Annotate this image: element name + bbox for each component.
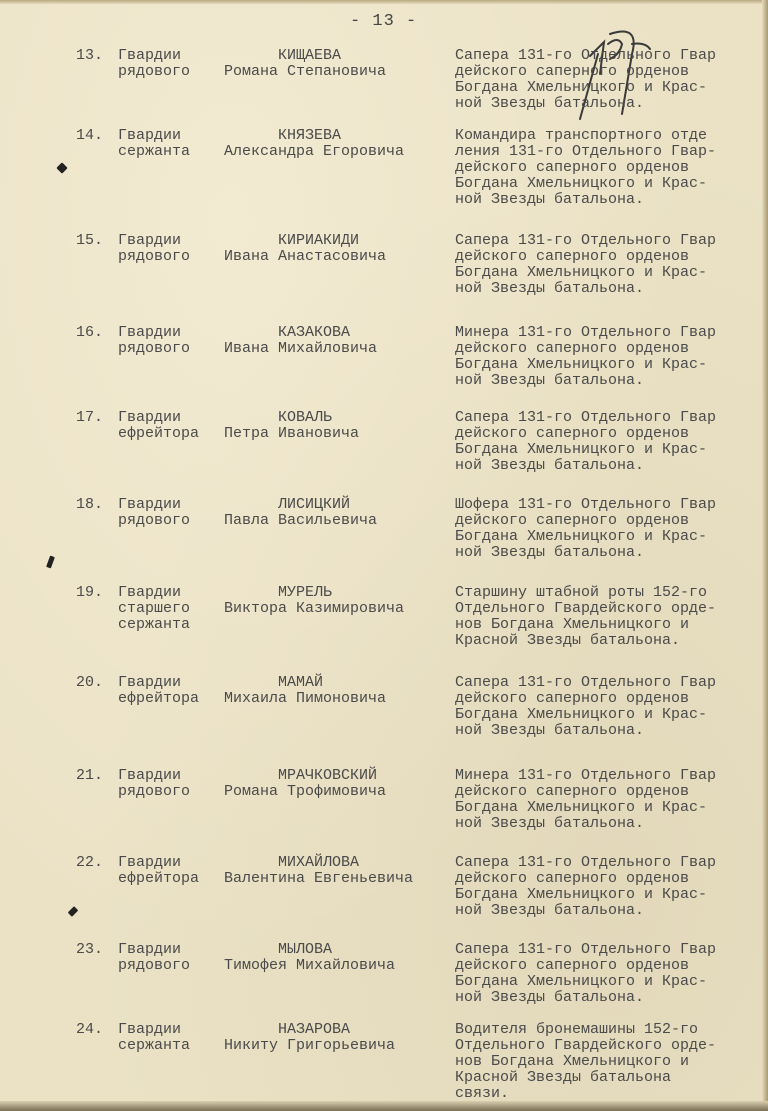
page-bottom-edge [0, 1101, 768, 1111]
entry-surname: МИХАЙЛОВА [278, 855, 359, 871]
entry-surname: МЫЛОВА [278, 942, 332, 958]
entry-given-names: Павла Васильевича [224, 513, 377, 529]
entry-rank: Гвардии ефрейтора [118, 855, 199, 887]
entry-description: Минера 131-го Отдельного Гвар дейского с… [455, 325, 768, 389]
entry-given-names: Ивана Михайловича [224, 341, 377, 357]
entry-given-names: Никиту Григорьевича [224, 1038, 395, 1054]
entry-rank: Гвардии ефрейтора [118, 675, 199, 707]
entry-rank: Гвардии рядового [118, 325, 190, 357]
entry-rank: Гвардии рядового [118, 48, 190, 80]
entry-rank: Гвардии рядового [118, 768, 190, 800]
entry-description: Сапера 131-го Отдельного Гвар дейского с… [455, 48, 768, 112]
entry-number: 23. [76, 942, 103, 958]
entry-number: 15. [76, 233, 103, 249]
entry-description: Сапера 131-го Отдельного Гвар дейского с… [455, 233, 768, 297]
entry-number: 13. [76, 48, 103, 64]
entry-description: Сапера 131-го Отдельного Гвар дейского с… [455, 855, 768, 919]
entry-given-names: Петра Ивановича [224, 426, 359, 442]
entry-rank: Гвардии сержанта [118, 1022, 190, 1054]
entry-description: Водителя бронемашины 152-го Отдельного Г… [455, 1022, 768, 1102]
entry-given-names: Романа Степановича [224, 64, 386, 80]
entry-description: Минера 131-го Отдельного Гвар дейского с… [455, 768, 768, 832]
entry-given-names: Тимофея Михайловича [224, 958, 395, 974]
entry-description: Старшину штабной роты 152-го Отдельного … [455, 585, 768, 649]
page-top-edge [0, 0, 768, 4]
entry-description: Сапера 131-го Отдельного Гвар дейского с… [455, 942, 768, 1006]
entry-number: 20. [76, 675, 103, 691]
entry-surname: КИРИАКИДИ [278, 233, 359, 249]
entry-number: 18. [76, 497, 103, 513]
entry-rank: Гвардии рядового [118, 233, 190, 265]
entry-number: 21. [76, 768, 103, 784]
entry-given-names: Валентина Евгеньевича [224, 871, 413, 887]
entry-surname: КИЩАЕВА [278, 48, 341, 64]
entry-number: 24. [76, 1022, 103, 1038]
entry-given-names: Александра Егоровича [224, 144, 404, 160]
entry-given-names: Романа Трофимовича [224, 784, 386, 800]
entry-rank: Гвардии рядового [118, 942, 190, 974]
entry-number: 19. [76, 585, 103, 601]
entry-surname: КНЯЗЕВА [278, 128, 341, 144]
entry-number: 14. [76, 128, 103, 144]
entry-description: Командира транспортного отде ления 131-г… [455, 128, 768, 208]
entry-number: 16. [76, 325, 103, 341]
entry-given-names: Виктора Казимировича [224, 601, 404, 617]
entry-rank: Гвардии сержанта [118, 128, 190, 160]
entry-surname: НАЗАРОВА [278, 1022, 350, 1038]
entry-given-names: Михаила Пимоновича [224, 691, 386, 707]
entry-surname: МУРЕЛЬ [278, 585, 332, 601]
entry-surname: КОВАЛЬ [278, 410, 332, 426]
entry-rank: Гвардии рядового [118, 497, 190, 529]
entry-description: Сапера 131-го Отдельного Гвар дейского с… [455, 675, 768, 739]
entry-rank: Гвардии ефрейтора [118, 410, 199, 442]
entry-surname: МРАЧКОВСКИЙ [278, 768, 377, 784]
entry-surname: КАЗАКОВА [278, 325, 350, 341]
entry-surname: МАМАЙ [278, 675, 323, 691]
entry-surname: ЛИСИЦКИЙ [278, 497, 350, 513]
page-number: - 13 - [350, 12, 417, 31]
entry-rank: Гвардии старшего сержанта [118, 585, 190, 633]
entry-description: Сапера 131-го Отдельного Гвар дейского с… [455, 410, 768, 474]
entry-given-names: Ивана Анастасовича [224, 249, 386, 265]
entry-number: 17. [76, 410, 103, 426]
entry-description: Шофера 131-го Отдельного Гвар дейского с… [455, 497, 768, 561]
entry-number: 22. [76, 855, 103, 871]
